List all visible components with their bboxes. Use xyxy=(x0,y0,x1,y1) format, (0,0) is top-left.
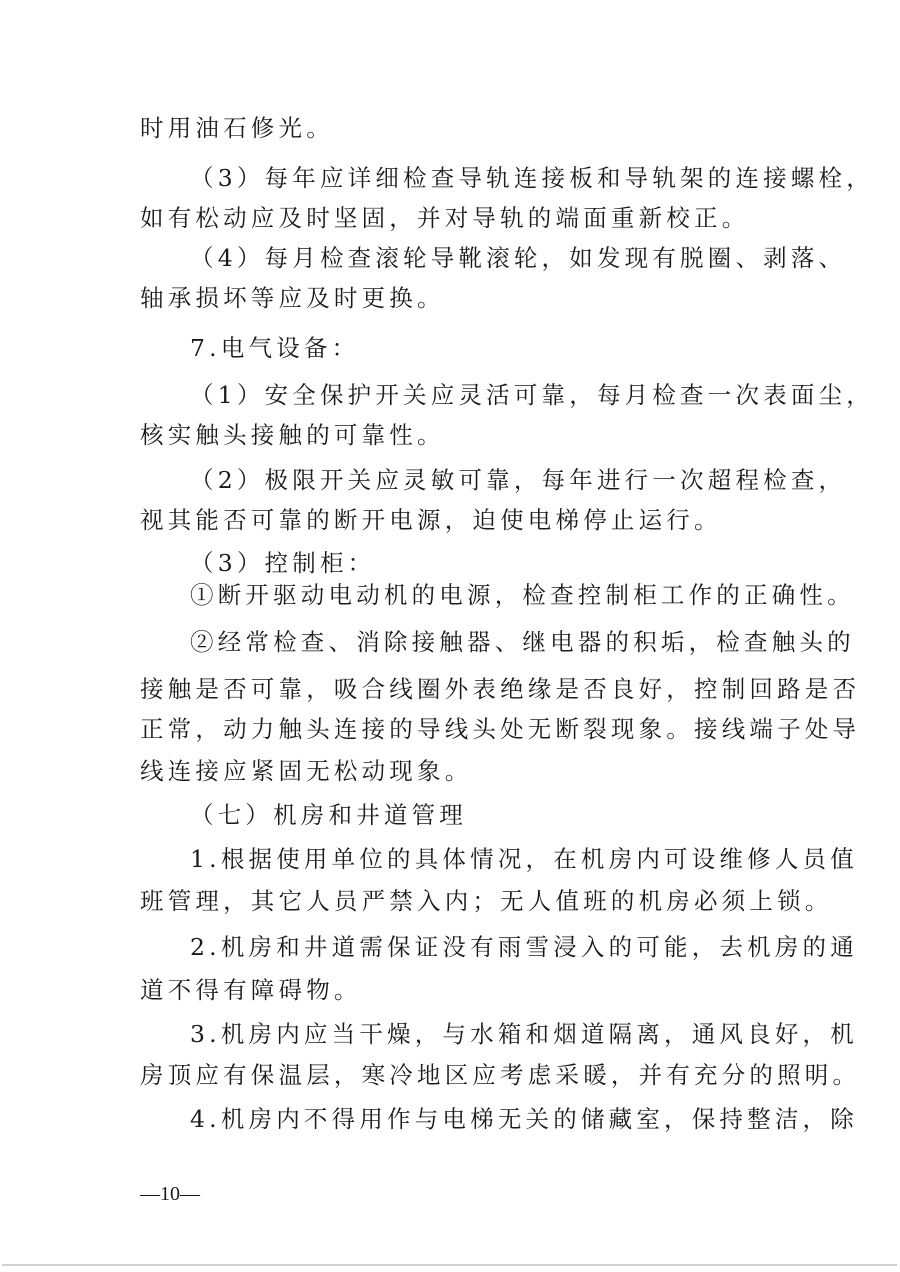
body-line-23: 房顶应有保温层，寒冷地区应考虑采暖，并有充分的照明。 xyxy=(140,1060,860,1090)
item-1-safety-switch: （1）安全保护开关应灵活可靠，每月检查一次表面尘， xyxy=(190,380,874,410)
body-line-10: 视其能否可靠的断开电源，迫使电梯停止运行。 xyxy=(140,505,722,535)
body-line-16: 线连接应紧固无松动现象。 xyxy=(140,756,472,786)
page-edge-divider xyxy=(2,1264,897,1266)
document-page: 时用油石修光。 （3）每年应详细检查导轨连接板和导轨架的连接螺栓， 如有松动应及… xyxy=(0,0,900,1272)
body-line-5: 轴承损坏等应及时更换。 xyxy=(140,283,445,313)
item-4-no-storage: 4.机房内不得用作与电梯无关的储藏室，保持整洁，除 xyxy=(190,1104,858,1134)
item-4-roller-shoes: （4）每月检查滚轮导靴滚轮，如发现有脱圈、剥落、 xyxy=(190,243,846,273)
body-line-21: 道不得有障碍物。 xyxy=(140,975,362,1005)
body-line-14: 接触是否可靠，吸合线圈外表绝缘是否良好，控制回路是否 xyxy=(140,674,860,704)
section-7-machine-room-heading: （七）机房和井道管理 xyxy=(190,800,467,830)
subitem-2-contactor-cleaning: ②经常检查、消除接触器、继电器的积垢，检查触头的 xyxy=(190,627,855,657)
section-7-electrical-heading: 7.电气设备： xyxy=(190,333,359,363)
body-line-3: 如有松动应及时坚固，并对导轨的端面重新校正。 xyxy=(140,203,749,233)
item-3-rail-bolts: （3）每年应详细检查导轨连接板和导轨架的连接螺栓， xyxy=(190,163,874,193)
subitem-1-disconnect-power: ①断开驱动电动机的电源，检查控制柜工作的正确性。 xyxy=(190,580,855,610)
item-2-weatherproofing: 2.机房和井道需保证没有雨雪浸入的可能，去机房的通 xyxy=(190,932,858,962)
item-3-dry-ventilated: 3.机房内应当干燥，与水箱和烟道隔离，通风良好，机 xyxy=(190,1019,858,1049)
body-line-15: 正常，动力触头连接的导线头处无断裂现象。接线端子处导 xyxy=(140,714,860,744)
item-2-limit-switch: （2）极限开关应灵敏可靠，每年进行一次超程检查， xyxy=(190,465,846,495)
body-line-8: 核实触头接触的可靠性。 xyxy=(140,420,445,450)
page-number: —10— xyxy=(140,1183,200,1206)
item-1-duty-management: 1.根据使用单位的具体情况，在机房内可设维修人员值 xyxy=(190,844,858,874)
item-3-control-cabinet: （3）控制柜： xyxy=(190,548,375,578)
body-line-1: 时用油石修光。 xyxy=(140,113,334,143)
body-line-19: 班管理，其它人员严禁入内；无人值班的机房必须上锁。 xyxy=(140,886,833,916)
